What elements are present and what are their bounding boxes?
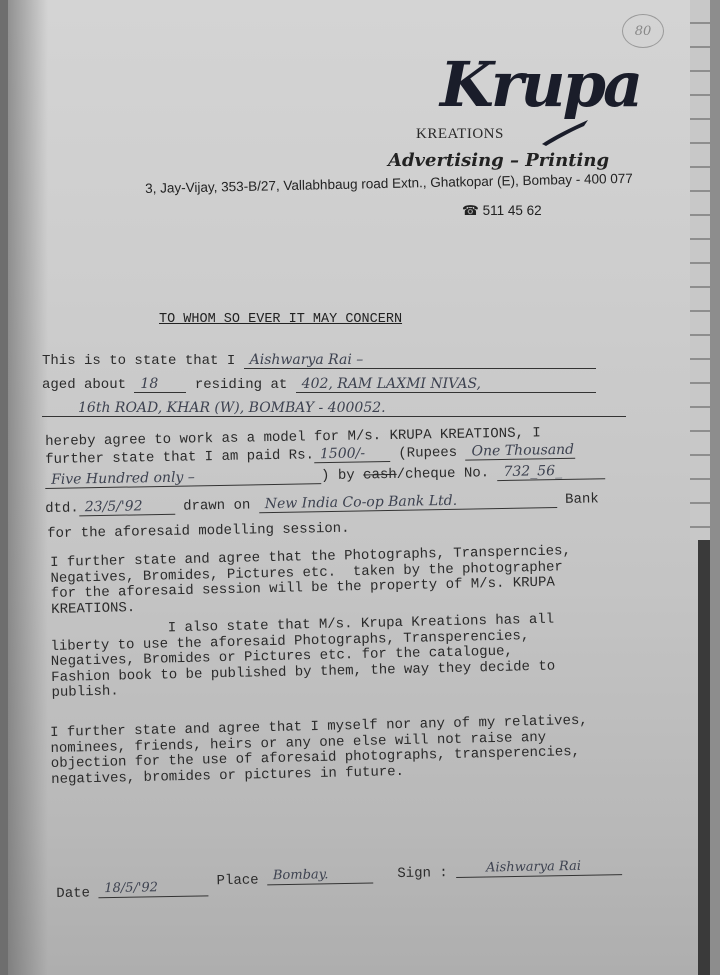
place-field[interactable]: Bombay. [267, 866, 373, 885]
signature-value: Aishwarya Rai [486, 859, 581, 876]
cheque-date-field[interactable]: 23/5/'92 [79, 498, 175, 517]
page-number-circle: 80 [622, 14, 664, 48]
sign-label: Sign : [397, 865, 448, 882]
company-logo: Krupa [440, 55, 620, 115]
cheque-no-label: /cheque No. [397, 465, 490, 483]
signature-field[interactable]: Aishwarya Rai [456, 858, 622, 878]
address-value-1: 402, RAM LAXMI NIVAS, [302, 376, 481, 392]
bank-name-value: New India Co-op Bank Ltd. [265, 493, 458, 512]
paragraph-liberty: I also state that M/s. Krupa Kreations h… [50, 609, 692, 701]
drawn-on-label: drawn on [183, 497, 250, 514]
by-label: ) by [321, 468, 355, 485]
name-value: Aishwarya Rai – [250, 352, 364, 368]
address-field-2[interactable]: 16th ROAD, KHAR (W), BOMBAY - 400052. [42, 400, 626, 417]
amount-words-value-1: One Thousand [471, 442, 574, 460]
name-field[interactable]: Aishwarya Rai – [244, 352, 596, 369]
address-field-1[interactable]: 402, RAM LAXMI NIVAS, [296, 376, 596, 393]
dated-label: dtd. [45, 500, 79, 517]
document-heading: TO WHOM SO EVER IT MAY CONCERN [159, 312, 402, 327]
phone-number: 511 45 62 [483, 203, 542, 218]
stacked-pages-edge [690, 0, 710, 540]
logo-swoosh-icon [540, 118, 590, 148]
place-label: Place [216, 872, 258, 889]
bank-label: Bank [565, 491, 599, 508]
phone-icon: ☎ [462, 203, 479, 218]
place-value: Bombay. [273, 867, 329, 883]
company-logo-subtext: KREATIONS [416, 126, 504, 143]
date-field[interactable]: 18/5/'92 [98, 879, 208, 898]
amount-value: 1500/- [320, 445, 365, 462]
age-label: aged about [42, 377, 126, 393]
residing-label: residing at [195, 377, 287, 393]
amount-words-value-2: Five Hundred only – [51, 469, 195, 488]
form-line-name: This is to state that I Aishwarya Rai – [42, 352, 596, 369]
form-line-age-address: aged about 18 residing at 402, RAM LAXMI… [42, 376, 596, 393]
age-value: 18 [140, 376, 158, 392]
company-phone: ☎ 511 45 62 [462, 203, 542, 219]
rupees-label: (Rupees [398, 445, 457, 462]
cheque-number-value: 732_56_ [503, 463, 562, 480]
date-label: Date [56, 885, 90, 902]
form-line-address-2: 16th ROAD, KHAR (W), BOMBAY - 400052. [42, 400, 626, 417]
name-label: This is to state that I [42, 353, 235, 369]
address-value-2: 16th ROAD, KHAR (W), BOMBAY - 400052. [78, 400, 386, 416]
background-edge [698, 540, 710, 975]
amount-field[interactable]: 1500/- [314, 445, 390, 463]
amount-words-field-1[interactable]: One Thousand [465, 442, 575, 461]
company-tagline: Advertising – Printing [388, 150, 609, 171]
cheque-date-value: 23/5/'92 [85, 498, 143, 515]
binder-edge [0, 0, 8, 975]
cash-struck-label: cash [363, 467, 397, 484]
age-field[interactable]: 18 [134, 376, 186, 393]
cheque-number-field[interactable]: 732_56_ [497, 462, 605, 481]
date-value: 18/5/'92 [104, 880, 158, 896]
